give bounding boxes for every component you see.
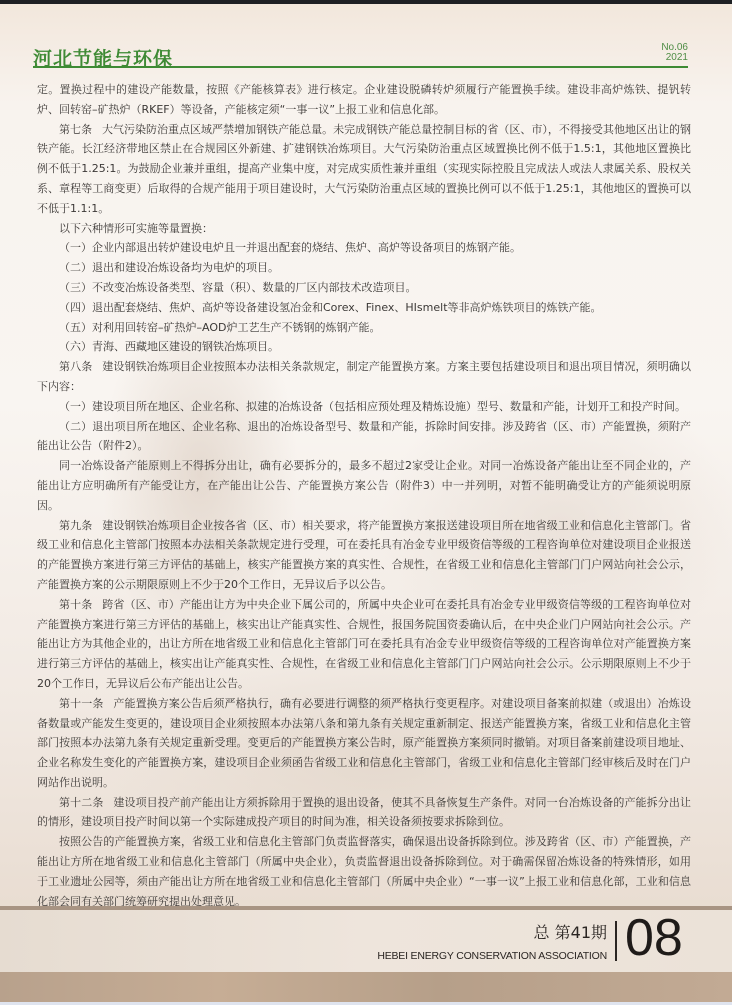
- paragraph: 第九条建设钢铁冶炼项目企业按各省（区、市）相关要求，将产能置换方案报送建设项目所…: [37, 516, 691, 595]
- paragraph-text: 建设项目投产前产能出让方须拆除用于置换的退出设备，使其不具备恢复生产条件。对同一…: [37, 796, 691, 829]
- issue-total: 总 第41期: [534, 920, 607, 943]
- article-number: 第七条: [59, 123, 92, 136]
- list-item-text: （六）青海、西藏地区建设的钢铁冶炼项目。: [59, 340, 279, 353]
- issue-year: 2021: [661, 53, 688, 63]
- paragraph-text: 以下六种情形可实施等量置换：: [59, 222, 213, 235]
- list-item-text: （一）企业内部退出转炉建设电炉且一并退出配套的烧结、焦炉、高炉等设备项目的炼钢产…: [59, 241, 521, 254]
- article-number: 第八条: [59, 360, 92, 373]
- paragraph: 第十一条产能置换方案公告后须严格执行，确有必要进行调整的须严格执行变更程序。对建…: [37, 694, 691, 793]
- header-divider: [33, 66, 688, 68]
- list-item-text: （三）不改变冶炼设备类型、容量（积）、数量的厂区内部技术改造项目。: [59, 281, 417, 294]
- paragraph-text: 建设钢铁冶炼项目企业按各省（区、市）相关要求，将产能置换方案报送建设项目所在地省…: [37, 519, 691, 591]
- paragraph: 第八条建设钢铁冶炼项目企业按照本办法相关条款规定，制定产能置换方案。方案主要包括…: [37, 357, 691, 397]
- paragraph: 定。置换过程中的建设产能数量，按照《产能核算表》进行核定。企业建设脱磷转炉须履行…: [37, 80, 691, 120]
- article-body: 定。置换过程中的建设产能数量，按照《产能核算表》进行核定。企业建设脱磷转炉须履行…: [37, 80, 691, 911]
- paragraph-text: 产能置换方案公告后须严格执行，确有必要进行调整的须严格执行变更程序。对建设项目备…: [37, 697, 691, 789]
- list-item-text: （二）退出和建设冶炼设备均为电炉的项目。: [59, 261, 279, 274]
- list-item: （一）建设项目所在地区、企业名称、拟建的冶炼设备（包括相应预处理及精炼设施）型号…: [37, 397, 691, 417]
- paragraph: 第十二条建设项目投产前产能出让方须拆除用于置换的退出设备，使其不具备恢复生产条件…: [37, 793, 691, 833]
- paragraph: 以下六种情形可实施等量置换：: [37, 219, 691, 239]
- article-number: 第十二条: [59, 796, 103, 809]
- article-number: 第十一条: [59, 697, 103, 710]
- paragraph-text: 大气污染防治重点区域严禁增加钢铁产能总量。未完成钢铁产能总量控制目标的省（区、市…: [37, 123, 691, 215]
- page-footer: [0, 910, 732, 972]
- paragraph-text: 建设钢铁冶炼项目企业按照本办法相关条款规定，制定产能置换方案。方案主要包括建设项…: [37, 360, 691, 393]
- paragraph: 第七条大气污染防治重点区域严禁增加钢铁产能总量。未完成钢铁产能总量控制目标的省（…: [37, 120, 691, 219]
- list-item: （二）退出项目所在地区、企业名称、退出的冶炼设备型号、数量和产能，拆除时间安排。…: [37, 417, 691, 457]
- paragraph: 同一冶炼设备产能原则上不得拆分出让，确有必要拆分的，最多不超过2家受让企业。对同…: [37, 456, 691, 515]
- list-item-text: （五）对利用回转窑–矿热炉–AOD炉工艺生产不锈钢的炼钢产能。: [59, 321, 380, 334]
- paragraph-text: 按照公告的产能置换方案，省级工业和信息化主管部门负责监督落实，确保退出设备拆除到…: [37, 835, 691, 907]
- paragraph: 第十条跨省（区、市）产能出让方为中央企业下属公司的，所属中央企业可在委托具有冶金…: [37, 595, 691, 694]
- paragraph-text: 定。置换过程中的建设产能数量，按照《产能核算表》进行核定。企业建设脱磷转炉须履行…: [37, 83, 691, 116]
- page-number: 08: [625, 912, 683, 964]
- footer-texture-band: [0, 972, 732, 1002]
- paragraph-text: 跨省（区、市）产能出让方为中央企业下属公司的，所属中央企业可在委托具有冶金专业甲…: [37, 598, 691, 690]
- paragraph-text: 同一冶炼设备产能原则上不得拆分出让，确有必要拆分的，最多不超过2家受让企业。对同…: [37, 459, 691, 512]
- article-number: 第十条: [59, 598, 92, 611]
- list-item-text: （四）退出配套烧结、焦炉、高炉等设备建设氢冶金和Corex、Finex、HIsm…: [59, 301, 602, 314]
- page-header: 河北节能与环保 No.06 2021: [33, 42, 688, 68]
- list-item: （六）青海、西藏地区建设的钢铁冶炼项目。: [37, 337, 691, 357]
- list-item: （三）不改变冶炼设备类型、容量（积）、数量的厂区内部技术改造项目。: [37, 278, 691, 298]
- page-number-separator: [615, 921, 617, 961]
- association-name: HEBEI ENERGY CONSERVATION ASSOCIATION: [377, 950, 607, 962]
- paragraph: 按照公告的产能置换方案，省级工业和信息化主管部门负责监督落实，确保退出设备拆除到…: [37, 832, 691, 911]
- article-number: 第九条: [59, 519, 92, 532]
- list-item: （四）退出配套烧结、焦炉、高炉等设备建设氢冶金和Corex、Finex、HIsm…: [37, 298, 691, 318]
- list-item: （五）对利用回转窑–矿热炉–AOD炉工艺生产不锈钢的炼钢产能。: [37, 318, 691, 338]
- list-item: （二）退出和建设冶炼设备均为电炉的项目。: [37, 258, 691, 278]
- list-item: （一）企业内部退出转炉建设电炉且一并退出配套的烧结、焦炉、高炉等设备项目的炼钢产…: [37, 238, 691, 258]
- issue-label: No.06 2021: [661, 43, 688, 63]
- list-item-text: （一）建设项目所在地区、企业名称、拟建的冶炼设备（包括相应预处理及精炼设施）型号…: [59, 400, 686, 413]
- list-item-text: （二）退出项目所在地区、企业名称、退出的冶炼设备型号、数量和产能，拆除时间安排。…: [37, 420, 691, 453]
